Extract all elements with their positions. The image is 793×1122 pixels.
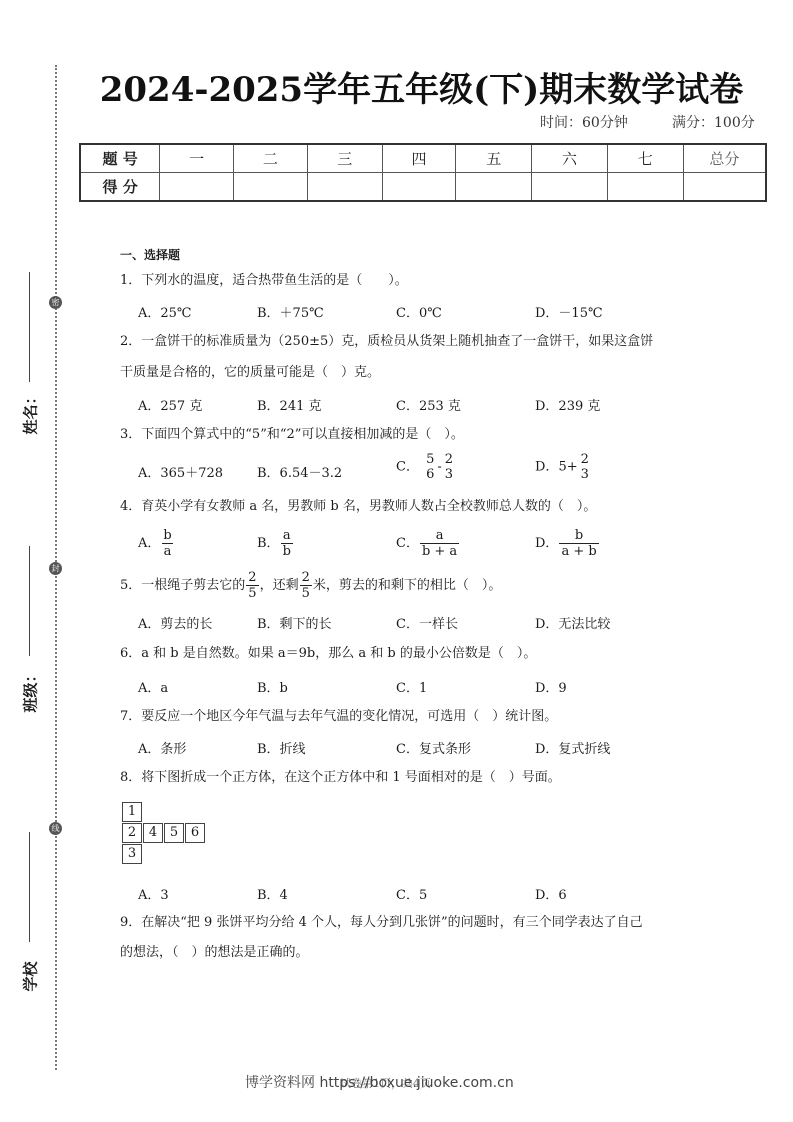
question-2-option-c: C．253 克 [396,395,461,414]
score-cell-2[interactable] [234,173,308,202]
fraction: 23 [443,452,455,482]
header-cell-2: 二 [234,144,308,173]
fraction: 56 [424,452,436,482]
question-5-option-a: A．剪去的长 [138,613,212,632]
question-5-option-c: C．一样长 [396,613,458,632]
question-7-option-d: D．复式折线 [535,738,610,757]
class-label: 班级： [20,669,41,713]
net-face-3: 3 [122,844,142,864]
score-table-score-row: 得 分 [80,173,766,202]
option-prefix: C． [396,460,419,475]
net-face-6: 6 [185,823,205,843]
question-9-stem-line1: 9．在解决“把 9 张饼平均分给 4 个人，每人分到几张饼”的问题时，有三个同学… [120,914,643,932]
question-5-option-d: D．无法比较 [535,613,610,632]
question-3-option-b: B．6.54－3.2 [257,462,342,481]
section-title: 一、选择题 [120,246,180,263]
header-cell-4: 四 [382,144,456,173]
question-7-stem: 7．要反应一个地区今年气温与去年气温的变化情况，可选用（ ）统计图。 [120,708,557,726]
question-2-stem-line1: 2．一盒饼干的标准质量为（250±5）克，质检员从货架上随机抽查了一盒饼干，如果… [120,333,653,351]
exam-time: 时间：60分钟 [540,112,628,132]
question-8-option-c: C．5 [396,884,427,903]
school-underline[interactable] [29,832,30,942]
score-cell-7[interactable] [607,173,683,202]
question-4-option-d: D．ba + b [535,528,600,559]
net-face-2: 2 [122,823,142,843]
seal-xian-icon: 线 [49,822,62,835]
fraction: 23 [579,452,591,482]
name-underline[interactable] [29,272,30,382]
question-8-option-a: A．3 [138,884,169,903]
header-cell-question-no: 题 号 [80,144,160,173]
full-score: 满分：100分 [672,112,755,132]
score-cell-6[interactable] [532,173,608,202]
question-2-option-d: D．239 克 [535,395,600,414]
question-2-option-b: B．241 克 [257,395,322,414]
question-2-option-a: A．257 克 [138,395,202,414]
name-label: 姓名： [20,391,41,435]
score-cell-5[interactable] [456,173,532,202]
watermark-link[interactable]: 博学资料网 https://boxue.jiuoke.com.cn [245,1072,514,1092]
header-cell-1: 一 [160,144,234,173]
question-4-stem: 4．育英小学有女教师 a 名，男教师 b 名，男教师人数占全校教师总人数的（ ）… [120,498,596,516]
question-1-option-a: A．25℃ [138,302,191,321]
question-1-option-b: B．＋75℃ [257,302,324,321]
score-table: 题 号 一 二 三 四 五 六 七 总分 得 分 [79,143,767,202]
page-title: 2024-2025学年五年级(下)期末数学试卷 [0,62,793,111]
question-7-option-c: C．复式条形 [396,738,471,757]
net-face-1: 1 [122,802,142,822]
question-7-option-b: B．折线 [257,738,306,757]
question-4-option-a: A．ba [138,528,175,559]
question-8-option-d: D．6 [535,884,567,903]
score-cell-1[interactable] [160,173,234,202]
question-8-stem: 8．将下图折成一个正方体，在这个正方体中和 1 号面相对的是（ ）号面。 [120,769,561,787]
question-3-option-d: D．5+23 [535,452,592,482]
header-cell-7: 七 [607,144,683,173]
header-cell-6: 六 [532,144,608,173]
score-row-label: 得 分 [80,173,160,202]
class-underline[interactable] [29,546,30,656]
question-6-option-c: C．1 [396,677,427,696]
question-6-option-d: D．9 [535,677,567,696]
header-cell-total: 总分 [683,144,766,173]
question-5-option-b: B．剩下的长 [257,613,332,632]
question-1-option-d: D．－15℃ [535,302,603,321]
score-cell-4[interactable] [382,173,456,202]
question-3-option-c: C． 56-23 [396,452,456,482]
seal-feng-icon: 封 [49,562,62,575]
score-table-header-row: 题 号 一 二 三 四 五 六 七 总分 [80,144,766,173]
school-label: 学校 [20,955,41,999]
question-9-stem-line2: 的想法，（ ）的想法是正确的。 [120,944,309,962]
question-7-option-a: A．条形 [138,738,186,757]
score-cell-3[interactable] [307,173,382,202]
question-6-option-b: B．b [257,677,288,696]
question-2-stem-line2: 干质量是合格的，它的质量可能是（ ）克。 [120,364,380,382]
question-1-stem: 1．下列水的温度，适合热带鱼生活的是（ ）。 [120,272,408,290]
question-5-stem: 5．一根绳子剪去它的25，还剩25米，剪去的和剩下的相比（ ）。 [120,570,501,601]
net-face-5: 5 [164,823,184,843]
question-3-stem: 3．下面四个算式中的“5”和“2”可以直接相加减的是（ ）。 [120,426,464,444]
question-6-option-a: A．a [138,677,168,696]
header-cell-5: 五 [456,144,532,173]
question-8-option-b: B．4 [257,884,288,903]
seal-mi-icon: 密 [49,296,62,309]
net-face-4: 4 [143,823,163,843]
question-6-stem: 6．a 和 b 是自然数。如果 a＝9b，那么 a 和 b 的最小公倍数是（ ）… [120,645,536,663]
header-cell-3: 三 [307,144,382,173]
cube-net-diagram: 1 2 4 5 6 3 [122,802,210,864]
question-3-option-a: A．365＋728 [138,462,223,481]
question-1-option-c: C．0℃ [396,302,442,321]
question-4-option-c: C．ab + a [396,528,460,559]
score-cell-total[interactable] [683,173,766,202]
question-4-option-b: B．ab [257,528,294,559]
